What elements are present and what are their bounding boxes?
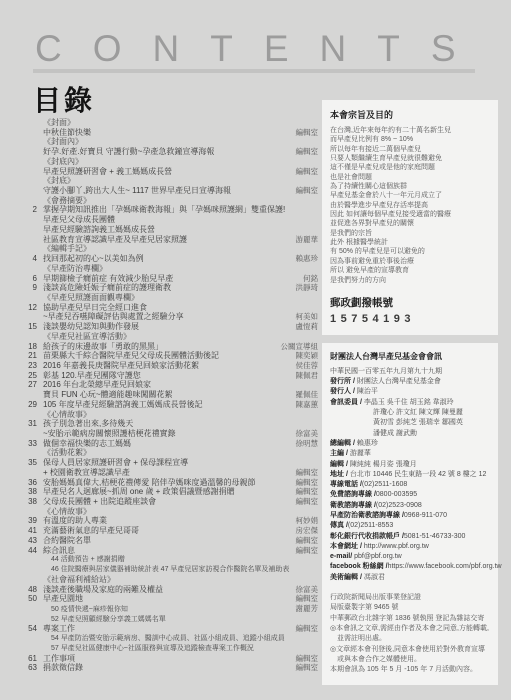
toc-row: 社區教育宣導認識早產及早產兒居家照護游麗華 <box>22 235 318 245</box>
toc-item-title: 社區教育宣導認識早產及早產兒居家照護 <box>43 235 290 245</box>
info-field-label: 地址 / <box>330 471 350 478</box>
newsletter-info-title: 財團法人台灣早產兒基金會會訊 <box>330 351 490 362</box>
toc-section-header: 《封底內》 <box>22 157 318 167</box>
info-field-value-cont: 黃初雪 彭純芝 張瑞幸 鄒國英 <box>330 418 490 428</box>
toc-item-author: 羅佩佳 <box>296 390 319 400</box>
mission-box: 本會宗旨及目的 在台灣,近年來每年約有二十萬名新生兒而早產兒比例有 8% ~ 1… <box>322 100 498 335</box>
info-field-label: 早產防治衛教諮詢專線 / <box>330 512 404 519</box>
toc-page-number: 54 <box>22 624 37 634</box>
toc-item-title: ~早產兒吞嚥障礙評估與處置之經驗分享 <box>43 312 290 322</box>
sidebar: 本會宗旨及目的 在台灣,近年來每年約有二十萬名新生兒而早產兒比例有 8% ~ 1… <box>322 100 498 693</box>
toc-row: 9淺談高危險妊娠子癇前症的護理衛教洪靜琦 <box>22 283 318 293</box>
toc-item-title: 44 活動預告 + 感謝捐贈 <box>43 555 312 565</box>
newsletter-issue: 中華民國一百零五年九月第九十九期 <box>330 367 490 377</box>
info-field: 衛教諮詢專線 /(02)2523-0908 <box>330 501 490 511</box>
toc-row: 守護小腳丫,跨出大人生~ 1117 世界早產兒日宣導海報編輯室 <box>22 186 318 196</box>
info-field-label: 會訊委員 / <box>330 399 364 406</box>
toc-row: 31孩子別急著出來,多待幾天 <box>22 419 318 429</box>
toc-row: 272016 年台北榮總早產兒回娘家 <box>22 380 318 390</box>
newsletter-fields: 發行所 / 財團法人台灣早產兒基金會發行人 / 陳治平會訊委員 / 李晶玉 吳千… <box>330 377 490 583</box>
toc-row: 52 早產兒照顧經驗分享義工媽媽名單 <box>22 615 318 625</box>
toc-item-author: 編輯室 <box>296 624 319 634</box>
toc-page-number: 63 <box>22 663 37 673</box>
info-field: 主編 / 游麗華 <box>330 449 490 459</box>
toc-item-author: 編輯室 <box>296 487 319 497</box>
toc-row: 好孕.好產.好寶貝 守護行動~孕產急救鐘宣導海報編輯室 <box>22 147 318 157</box>
toc-item-title: 好孕.好產.好寶貝 守護行動~孕產急救鐘宣導海報 <box>43 147 290 157</box>
contents-page: CONTENTS 目錄 《封面》中秋佳節快樂編輯室《封面內》好孕.好產.好寶貝 … <box>0 0 511 700</box>
toc-row: ~早產兒吞嚥障礙評估與處置之經驗分享柯美如 <box>22 312 318 322</box>
toc-item-author: 編輯室 <box>296 536 319 546</box>
toc-list: 《封面》中秋佳節快樂編輯室《封面內》好孕.好產.好寶貝 守護行動~孕產急救鐘宣導… <box>22 118 318 673</box>
toc-item-author: 徐明慧 <box>296 439 319 449</box>
toc-item-title: 《封面》 <box>43 118 312 128</box>
toc-item-author: 編輯室 <box>296 167 319 177</box>
toc-section-header: 《封底》 <box>22 176 318 186</box>
toc-row: 中秋佳節快樂編輯室 <box>22 128 318 138</box>
toc-row: 43合約醫院名單編輯室 <box>22 536 318 546</box>
mission-line: 所以每年有接近二萬個早產兒 <box>330 145 490 154</box>
info-field-label: 發行人 / <box>330 388 357 395</box>
toc-item-title: 2016 年嘉義長庚醫院早產兒回娘家活動花絮 <box>43 361 290 371</box>
toc-row: 54專案工作編輯室 <box>22 624 318 634</box>
toc-item-title: 《早產兒社區宣導活動》 <box>43 332 312 342</box>
toc-item-title: 《活動花絮》 <box>43 448 312 458</box>
toc-item-title: 中秋佳節快樂 <box>43 128 290 138</box>
mission-line: 是我們努力的方向 <box>330 276 490 285</box>
info-field-label: 總編輯 / <box>330 440 357 447</box>
toc-item-title: 早產兒名人迴廊展~抓周 one 歲 + 政策倡議暨感謝捐贈 <box>43 487 290 497</box>
toc-page-number: 18 <box>22 342 37 352</box>
info-field-label: 彰化銀行代收捐款帳戶 / <box>330 533 404 540</box>
info-field-value: (02)2511-8553 <box>348 522 393 529</box>
info-field-value: 財團法人台灣早產兒基金會 <box>357 378 441 385</box>
toc-item-title: 《封底內》 <box>43 157 312 167</box>
toc-item-title: 專案工作 <box>43 624 290 634</box>
info-field: 會訊委員 / 李晶玉 吳千住 胡玉銘 韋淑玲 <box>330 398 490 408</box>
toc-item-title: 《封面內》 <box>43 137 312 147</box>
toc-page-number: 50 <box>22 594 37 604</box>
toc-row: 35保母人員居家照護研習會 + 保母課程宣導 <box>22 458 318 468</box>
info-field-label: 美術編輯 / <box>330 574 364 581</box>
toc-row: 18給孩子的床邊故事「勇敢的黑黑」公關宣導組 <box>22 342 318 352</box>
toc-page-number: 23 <box>22 361 37 371</box>
toc-section-header: 《封面》 <box>22 118 318 128</box>
toc-item-title: 早產兒園地 <box>43 594 290 604</box>
toc-item-title: 《早產防治專欄》 <box>43 264 312 274</box>
mission-line: 是我們的宗旨 <box>330 229 490 238</box>
toc-item-title: 守護小腳丫,跨出大人生~ 1117 世界早產兒日宣導海報 <box>43 186 290 196</box>
toc-item-title: 《心情故事》 <box>43 410 312 420</box>
mission-line: 而早產兒比例有 8% ~ 10% <box>330 135 490 144</box>
toc-item-title: 安胎媽媽真偉大,桔梗花禮傳愛 陪伴孕媽咪度過溫馨的母親節 <box>43 478 290 488</box>
toc-item-title: 早產兒照護研習會 + 義工媽媽成長營 <box>43 167 290 177</box>
toc-row: 36安胎媽媽真偉大,桔梗花禮傳愛 陪伴孕媽咪度過溫馨的母親節編輯室 <box>22 478 318 488</box>
toc-page-number: 4 <box>22 254 37 264</box>
info-field-label: 發行所 / <box>330 378 357 385</box>
info-field: facebook 粉絲網 /https://www.facebook.com/p… <box>330 562 490 572</box>
toc-row: 29105 年度早產兒經驗諮詢義工媽媽成長營後記陳嘉蕙 <box>22 400 318 410</box>
toc-page-number: 31 <box>22 419 37 429</box>
mission-line: 為了持續性關心這個族群 <box>330 182 490 191</box>
info-field: 編輯 / 陳純純 楊月姿 張瓊月 <box>330 460 490 470</box>
toc-section-header: 《早產兒照護面面觀專欄》 <box>22 293 318 303</box>
toc-row: 早產兒照護研習會 + 義工媽媽成長營編輯室 <box>22 167 318 177</box>
info-field-value: 李晶玉 吳千住 胡玉銘 韋淑玲 <box>364 399 454 406</box>
postal-account-number: 15754193 <box>330 313 490 325</box>
mission-title: 本會宗旨及目的 <box>330 108 490 121</box>
mission-line: 有 50% 的早產兒是可以避免的 <box>330 247 490 256</box>
info-field-value: 馮淑君 <box>364 574 385 581</box>
toc-item-title: 《心情故事》 <box>43 507 312 517</box>
info-field-label: 免費諮詢專線 / <box>330 491 376 498</box>
toc-item-author: 編輯室 <box>296 594 319 604</box>
toc-item-title: 早產兒經驗諮詢義工媽媽成長營 <box>43 225 312 235</box>
info-field: e-mail/ pbf@pbf.org.tw <box>330 552 490 562</box>
info-field: 早產防治衛教諮詢專線 /0968-911-070 <box>330 511 490 521</box>
toc-section-header: 《心情故事》 <box>22 410 318 420</box>
toc-page-number: 36 <box>22 478 37 488</box>
toc-item-title: 《早產兒照護面面觀專欄》 <box>43 293 312 303</box>
toc-section-header: 《早產防治專欄》 <box>22 264 318 274</box>
toc-item-title: 協助早產兒早日完全經口進食 <box>43 303 312 313</box>
toc-section-header: 《早產兒社區宣導活動》 <box>22 332 318 342</box>
toc-row: 39有溫度的助人專業柯妙娟 <box>22 516 318 526</box>
toc-page-number: 38 <box>22 497 37 507</box>
info-field: 本會網址 / http://www.pbf.org.tw <box>330 542 490 552</box>
toc-item-author: 陳奕穎 <box>296 351 319 361</box>
toc-row: 57 早產兒社區健康中心~社區服務與宣導及追蹤檢查專案工作概況 <box>22 644 318 654</box>
toc-page-number: 2 <box>22 205 37 215</box>
toc-item-author: 陳佩君 <box>296 371 319 381</box>
info-field-label: 衛教諮詢專線 / <box>330 502 376 509</box>
toc-item-author: 盧愷莉 <box>296 322 319 332</box>
info-field: 發行所 / 財團法人台灣早產兒基金會 <box>330 377 490 387</box>
toc-item-author: 洪靜琦 <box>296 283 319 293</box>
info-field-value: 0968-911-070 <box>404 512 447 519</box>
toc-section-header: 《心情故事》 <box>22 507 318 517</box>
toc-section-header: 《封面內》 <box>22 137 318 147</box>
toc-item-title: 早期篩檢子癇前症 有效減少胎兒早產 <box>43 274 297 284</box>
toc-item-title: 《社會福利補給站》 <box>43 575 312 585</box>
toc-row: 38父母成長團體 + 出院追蹤座談會編輯室 <box>22 497 318 507</box>
toc-item-author: 賴惠珍 <box>296 254 319 264</box>
mission-line: 由於醫學進步早產兒存活率提高 <box>330 201 490 210</box>
toc-item-author: 侯佳蓉 <box>296 361 319 371</box>
toc-item-author: 編輯室 <box>296 497 319 507</box>
toc-page-number: 48 <box>22 585 37 595</box>
mission-line: 所以 避免早產的宣導教育 <box>330 266 490 275</box>
toc-row: 25彰基 120.早產兒團隊守護您陳佩君 <box>22 371 318 381</box>
toc-item-title: 充滿藝術氣息的早產兒哥哥 <box>43 526 290 536</box>
toc-page-number: 9 <box>22 283 37 293</box>
toc-page-number: 43 <box>22 536 37 546</box>
toc-item-title: 50 疫情快遞~麻疹報你知 <box>43 605 290 615</box>
toc-page-number: 29 <box>22 400 37 410</box>
toc-item-title: + 校園衛教宣導認識早產 <box>43 468 290 478</box>
info-field-value: 5081-51-46733-300 <box>404 533 466 540</box>
info-field-value: https://www.facebook.com/pbf.org.tw <box>388 563 502 570</box>
toc-item-title: 工作事項 <box>43 654 290 664</box>
info-field: 地址 / 台北市 10446 民生東路一段 42 號 8 樓之 12 <box>330 470 490 480</box>
contents-underline <box>33 69 475 73</box>
toc-row: 6早期篩檢子癇前症 有效減少胎兒早產何銘 <box>22 274 318 284</box>
toc-item-title: 捐款徵信錄 <box>43 663 290 673</box>
info-field-label: 本會網址 / <box>330 543 364 550</box>
toc-item-title: 早產兒父母成長團體 <box>43 215 312 225</box>
toc-item-author: 柯美如 <box>296 312 319 322</box>
info-field-value: 0800-003595 <box>376 491 417 498</box>
toc-item-title: 孩子別急著出來,多待幾天 <box>43 419 312 429</box>
toc-item-title: 《編輯手記》 <box>43 244 312 254</box>
toc-item-title: 52 早產兒照顧經驗分享義工媽媽名單 <box>43 615 312 625</box>
toc-section-header: 《活動花絮》 <box>22 448 318 458</box>
toc-page-number: 25 <box>22 371 37 381</box>
toc-page-number: 38 <box>22 487 37 497</box>
info-field-label: facebook 粉絲網 / <box>330 563 388 570</box>
toc-row: 4找回那起初的心~以美如為例賴惠珍 <box>22 254 318 264</box>
toc-row: 早產兒經驗諮詢義工媽媽成長營 <box>22 225 318 235</box>
info-field-value: (02)2511-1608 <box>362 481 407 488</box>
toc-page-number: 27 <box>22 380 37 390</box>
mission-line: 並促進各界對早產兒的關懷 <box>330 219 490 228</box>
toc-item-title: 找回那起初的心~以美如為例 <box>43 254 290 264</box>
toc-item-title: 父母成長團體 + 出院追蹤座談會 <box>43 497 290 507</box>
toc-item-title: 保母人員居家照護研習會 + 保母課程宣導 <box>43 458 312 468</box>
legal-line: ◎本會訊之文章,需經由作者及本會之同意,方能轉載,並需註明出處。 <box>330 624 490 645</box>
toc-item-author: 謝麗芳 <box>296 604 319 614</box>
info-field: 美術編輯 / 馮淑君 <box>330 573 490 583</box>
toc-item-title: 54 早產防治暨安胎示範病房、醫訓中心成員、社區小組成員、追蹤小組成員 <box>43 634 312 644</box>
toc-item-author: 徐富美 <box>296 585 319 595</box>
toc-row: 早產兒父母成長團體 <box>22 215 318 225</box>
info-field-value: 游麗華 <box>350 450 371 457</box>
toc-row: 50 疫情快遞~麻疹報你知謝麗芳 <box>22 604 318 615</box>
toc-item-author: 編輯室 <box>296 147 319 157</box>
info-field: 免費諮詢專線 /0800-003595 <box>330 490 490 500</box>
toc-page-number: 44 <box>22 546 37 556</box>
toc-item-author: 編輯室 <box>296 468 319 478</box>
legal-line: 中華郵政台北雜字第 1836 號執照 登記為雜誌交寄 <box>330 614 490 624</box>
mission-line: 只要人類繼續生育早產兒就很難避免 <box>330 154 490 163</box>
mission-line: 早產兒基金會於八十一年元月成立了 <box>330 191 490 200</box>
info-field: 專線電話 /(02)2511-1608 <box>330 480 490 490</box>
toc-item-title: 合約醫院名單 <box>43 536 290 546</box>
toc-item-title: 有溫度的助人專業 <box>43 516 290 526</box>
mission-line: 這不僅是早產兒或是他的家庭問題 <box>330 163 490 172</box>
toc-item-author: 編輯室 <box>296 546 319 556</box>
toc-item-title: 105 年度早產兒經驗諮詢義工媽媽成長營後記 <box>43 400 290 410</box>
toc-page-number: 12 <box>22 303 37 313</box>
mission-line: 此外 根據醫學統計 <box>330 238 490 247</box>
toc-item-author: 陳嘉蕙 <box>296 400 319 410</box>
toc-item-author: 編輯室 <box>296 186 319 196</box>
toc-row: 54 早產防治暨安胎示範病房、醫訓中心成員、社區小組成員、追蹤小組成員 <box>22 634 318 644</box>
info-field-value: pbf@pbf.org.tw <box>354 553 402 560</box>
toc-title: 目錄 <box>33 79 95 119</box>
toc-row: 46 住院醫療與居家儀器補助統計表 47 早產兒居家訪視合作醫院名單及補助表 <box>22 565 318 575</box>
mission-line: 也是社會問題 <box>330 173 490 182</box>
toc-row: 41充滿藝術氣息的早產兒哥哥房宏傑 <box>22 526 318 536</box>
toc-item-title: 綜合訊息 <box>43 546 290 556</box>
toc-item-title: ~安胎示範病房關懷照護桔梗花禮實錄 <box>43 429 290 439</box>
toc-row: 38早產兒名人迴廊展~抓周 one 歲 + 政策倡議暨感謝捐贈編輯室 <box>22 487 318 497</box>
legal-line: 本期會訊為 105 年 5 月 -105 年 7 月活動內容。 <box>330 665 490 675</box>
toc-row: 44 活動預告 + 感謝捐贈 <box>22 555 318 565</box>
info-field-value: 陳治平 <box>357 388 378 395</box>
info-field-value: 賴惠珍 <box>357 440 378 447</box>
toc-page-number: 6 <box>22 274 37 284</box>
info-field: 傳真 /(02)2511-8553 <box>330 521 490 531</box>
toc-item-author: 房宏傑 <box>296 526 319 536</box>
toc-item-title: 《封底》 <box>43 176 312 186</box>
info-field-value-cont: 潘健成 謝武勳 <box>330 429 490 439</box>
toc-item-author: 何銘 <box>303 274 318 284</box>
toc-page-number: 61 <box>22 654 37 664</box>
toc-item-title: 淺談嬰幼兒認知與動作發展 <box>43 322 290 332</box>
toc-item-author: 編輯室 <box>296 663 319 673</box>
legal-line: 行政院新聞局出版事業登記證 <box>330 593 490 603</box>
toc-row: 63捐款徵信錄編輯室 <box>22 663 318 673</box>
toc-row: + 校園衛教宣導認識早產編輯室 <box>22 468 318 478</box>
toc-page-number: 21 <box>22 351 37 361</box>
toc-item-title: 做個幸福快樂的志工媽媽 <box>43 439 290 449</box>
toc-row: ~安胎示範病房關懷照護桔梗花禮實錄徐富美 <box>22 429 318 439</box>
toc-row: 21苗栗縣大千綜合醫院早產兒父母成長團體活動後記陳奕穎 <box>22 351 318 361</box>
info-field-value: 台北市 10446 民生東路一段 42 號 8 樓之 12 <box>350 471 487 478</box>
toc-row: 48淺談產後職場及家庭的兩難及權益徐富美 <box>22 585 318 595</box>
toc-item-title: 淺談產後職場及家庭的兩難及權益 <box>43 585 290 595</box>
toc-row: 232016 年嘉義長庚醫院早產兒回娘家活動花絮侯佳蓉 <box>22 361 318 371</box>
toc-row: 12協助早產兒早日完全經口進食 <box>22 303 318 313</box>
mission-line: 因為事前避免重於事後治療 <box>330 257 490 266</box>
toc-item-title: 57 早產兒社區健康中心~社區服務與宣導及追蹤檢查專案工作概況 <box>43 644 312 654</box>
postal-account-title: 郵政劃撥帳號 <box>330 295 490 310</box>
info-field-label: 主編 / <box>330 450 350 457</box>
info-field-value: 陳純純 楊月姿 張瓊月 <box>350 461 417 468</box>
info-field: 總編輯 / 賴惠珍 <box>330 439 490 449</box>
toc-item-title: 2016 年台北榮總早產兒回娘家 <box>43 380 312 390</box>
toc-row: 寶貝 FUN 心玩~體適能趣味闖關花絮羅佩佳 <box>22 390 318 400</box>
toc-page-number: 39 <box>22 516 37 526</box>
toc-item-title: 46 住院醫療與居家儀器補助統計表 47 早產兒居家訪視合作醫院名單及補助表 <box>43 565 312 575</box>
info-field: 彰化銀行代收捐款帳戶 /5081-51-46733-300 <box>330 532 490 542</box>
mission-line: 在台灣,近年來每年約有二十萬名新生兒 <box>330 126 490 135</box>
info-field-value: http://www.pbf.org.tw <box>364 543 429 550</box>
info-field-value: (02)2523-0908 <box>376 502 422 509</box>
toc-row: 44綜合訊息編輯室 <box>22 546 318 556</box>
toc-item-title: 苗栗縣大千綜合醫院早產兒父母成長團體活動後記 <box>43 351 290 361</box>
toc-row: 2掌握孕期知訊推出「孕媽咪衛教海報」與「孕媽咪照護網」雙重保護! <box>22 205 318 215</box>
legal-notes: 行政院新聞局出版事業登記證局版臺製字第 9465 號中華郵政台北雜字第 1836… <box>330 593 490 675</box>
toc-item-author: 柯妙娟 <box>296 516 319 526</box>
toc-row: 33做個幸福快樂的志工媽媽徐明慧 <box>22 439 318 449</box>
info-field-value-cont: 許瓊心 許文紅 陳文輝 陳曼麗 <box>330 408 490 418</box>
info-field-label: 專線電話 / <box>330 481 362 488</box>
toc-item-title: 寶貝 FUN 心玩~體適能趣味闖關花絮 <box>43 390 290 400</box>
mission-text: 在台灣,近年來每年約有二十萬名新生兒而早產兒比例有 8% ~ 10%所以每年有接… <box>330 126 490 285</box>
toc-item-author: 公關宣導組 <box>281 342 319 352</box>
toc-page-number: 33 <box>22 439 37 449</box>
toc-page-number: 15 <box>22 322 37 332</box>
toc-item-author: 編輯室 <box>296 654 319 664</box>
legal-line: ◎文章經本會刊登後,同意本會使用於對外教育宣導或與本會合作之媒體使用。 <box>330 645 490 666</box>
toc-item-author: 徐富美 <box>296 429 319 439</box>
toc-item-title: 《會務摘要》 <box>43 196 312 206</box>
info-field-label: 編輯 / <box>330 461 350 468</box>
contents-wordmark: CONTENTS <box>35 28 487 70</box>
toc-item-title: 掌握孕期知訊推出「孕媽咪衛教海報」與「孕媽咪照護網」雙重保護! <box>43 205 312 215</box>
info-field-label: e-mail/ <box>330 553 354 560</box>
toc-item-title: 淺談高危險妊娠子癇前症的護理衛教 <box>43 283 290 293</box>
toc-section-header: 《會務摘要》 <box>22 196 318 206</box>
toc-page-number: 35 <box>22 458 37 468</box>
info-field-label: 傳真 / <box>330 522 348 529</box>
toc-item-author: 游麗華 <box>296 235 319 245</box>
toc-item-author: 編輯室 <box>296 128 319 138</box>
newsletter-info-box: 財團法人台灣早產兒基金會會訊 中華民國一百零五年九月第九十九期 發行所 / 財團… <box>322 343 498 686</box>
legal-line: 局版臺製字第 9465 號 <box>330 603 490 613</box>
toc-section-header: 《編輯手記》 <box>22 244 318 254</box>
toc-item-title: 給孩子的床邊故事「勇敢的黑黑」 <box>43 342 275 352</box>
toc-row: 15淺談嬰幼兒認知與動作發展盧愷莉 <box>22 322 318 332</box>
toc-item-title: 彰基 120.早產兒團隊守護您 <box>43 371 290 381</box>
toc-section-header: 《社會福利補給站》 <box>22 575 318 585</box>
toc-row: 50早產兒園地編輯室 <box>22 594 318 604</box>
toc-page-number: 41 <box>22 526 37 536</box>
toc-item-author: 編輯室 <box>296 478 319 488</box>
toc-row: 61工作事項編輯室 <box>22 654 318 664</box>
info-field: 發行人 / 陳治平 <box>330 387 490 397</box>
mission-line: 因此 如何讓每個早產兒接受適當的醫療 <box>330 210 490 219</box>
